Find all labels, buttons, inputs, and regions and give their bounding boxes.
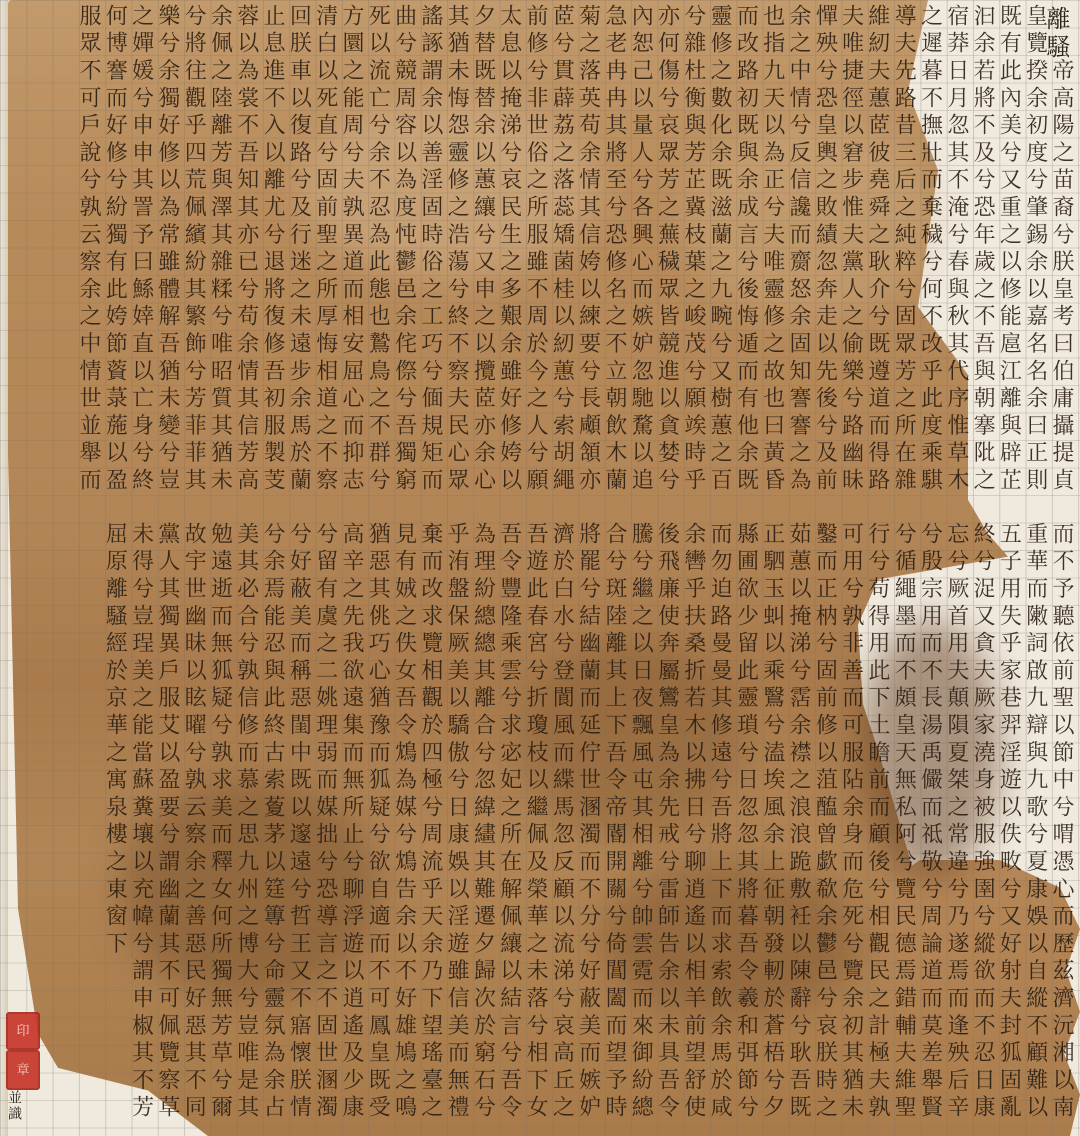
text-column: 蓉以為裳不吾知其亦已兮苟余情其信芳高余冠之岌岌兮長 (233, 4, 259, 490)
text-column: 內恕己以量人兮各興心而嫉妒忽馳騖以追逐兮非余心之所 (627, 4, 653, 490)
text-column: 既有此內美兮又重之以修能扈江離與辟芷兮紉秋蘭以為佩 (995, 4, 1021, 490)
text-column: 棄而改求覽相觀於四極兮周流乎天余乃下望瑤臺之偃蹇兮 (417, 522, 443, 1122)
text-column: 謠諑謂余以善淫固時俗之工巧兮偭規矩而改錯背繩墨以追 (417, 4, 443, 490)
text-column: 未得兮豈珵美之能當蘇糞壤以充幃兮謂申椒其不芳欲從靈 (127, 522, 153, 1122)
text-column: 屈原離騷經於京華之寓泉樓之東窗下 (101, 522, 127, 1122)
text-column: 而不予聽依前聖以節中兮喟憑心而歷茲濟沅湘以南征兮就 (1048, 522, 1074, 1122)
text-column: 兮留有虞之二姚理弱而媒拙兮恐導言之不固世溷濁而嫉賢 (311, 522, 337, 1122)
text-column: 維紉夫蕙茝彼堯舜之耿介兮既遵道而得路何桀紂之昌披兮 (864, 4, 890, 490)
text-column: 茝兮貫薜荔之落蕊矯菌桂以紉蕙兮索胡繩之纚纚謇吾法夫 (548, 4, 574, 490)
text-column: 兮好蔽美而稱惡閨中既以邃遠兮哲王又不寤懷朕情而不發 (285, 522, 311, 1122)
text-column: 而改路初既與余成言兮後悔遁而有他余既不難夫離別兮傷 (732, 4, 758, 490)
text-column: 猶惡其佻巧心猶豫而狐疑兮欲自適而不可鳳皇既受詒兮恐 (364, 522, 390, 1122)
text-column: 正駟玉虯以乘鷖兮溘埃風余上征朝發軔於蒼梧兮夕余至乎 (758, 522, 784, 1122)
text-column: 汩余若將不及兮恐年歲之不吾與朝搴阰之木蘭兮夕攬洲之 (969, 4, 995, 490)
text-column: 五子用失乎家巷羿淫遊以佚畋兮又好射夫封狐固亂流其鮮 (995, 522, 1021, 1122)
text-column: 帝高陽之苗裔兮朕皇考曰伯庸攝提貞於孟陬兮惟庚寅吾以降 (1048, 4, 1074, 490)
text-column: 靈修之數化余既滋蘭之九畹兮又樹蕙之百畝畦留夷與揭車 (706, 4, 732, 490)
red-seal-lower: 章 (6, 1050, 40, 1090)
text-column: 縣圃欲少留此靈瑣兮日忽忽其將暮吾令羲和弭節兮望崦嵫 (732, 522, 758, 1122)
text-column: 茹蕙以掩涕兮霑余襟之浪浪跪敷衽以陳辭兮耿吾既得此中 (785, 522, 811, 1122)
text-column: 為理紛總總其離合兮忽緯繣其難遷夕歸次於窮石兮朝濯髮 (469, 522, 495, 1122)
text-column: 急老冉冉其將至兮恐修名之不立朝飲木蘭之墜露兮夕餐秋 (601, 4, 627, 490)
text-column: 乎洧盤保厥美以驕傲兮日康娛以淫遊雖信美而無禮兮來違 (443, 522, 469, 1122)
text-column: 兮雜杜衡與芳芷冀枝葉之峻茂兮願竢時乎吾將刈雖萎絕其 (680, 4, 706, 490)
text-column: 何博謇而好修兮紛獨有此姱節薋菉葹以盈室兮判獨離而不 (101, 4, 127, 490)
text-column: 吾遊此春宮兮折瓊枝以繼佩及榮華之未落兮相下女之可詒 (522, 522, 548, 1122)
text-column: 之嬋媛兮申申其詈予曰鯀婞直以亡身兮終然殀乎羽之野汝 (127, 4, 153, 490)
text-column: 可用兮孰非善而可服阽余身而危死兮覽余初其猶未悔不量 (837, 522, 863, 1122)
text-column: 方圜之能周兮夫孰異道而相安屈心而抑志兮忍尤而攘詬伏 (338, 4, 364, 490)
text-column: 死以流亡兮余不忍為此態也鷙鳥之不群兮自前世而固然何 (364, 4, 390, 490)
text-column: 之遲暮不撫壯而棄穢兮何不改乎此度乘騏驥以馳騁兮來吾 (916, 4, 942, 490)
text-column: 而勿迫路曼曼其修遠兮吾將上下而求索飲余馬於咸池兮總 (706, 522, 732, 1122)
text-column: 夫唯捷徑以窘步惟夫黨人之偷樂兮路幽昧以險隘豈余身之 (837, 4, 863, 490)
text-column: 兮循繩墨而不頗皇天無私阿兮覽民德焉錯輔夫維聖哲以茂 (890, 522, 916, 1122)
text-column: 夕替既替余以蕙纕兮又申之以攬茝亦余心之所善兮雖九死 (469, 4, 495, 490)
text-block-upper: 帝高陽之苗裔兮朕皇考曰伯庸攝提貞於孟陬兮惟庚寅吾以降皇覽揆余初度兮肇錫余以嘉名名… (4, 4, 1074, 490)
text-column: 前修兮非世俗之所服雖不周於今之人兮願依彭咸之遺則長 (522, 4, 548, 490)
text-column: 曲兮競周容以為度忳鬱邑余侘傺兮吾獨窮困乎此時也寧溘 (390, 4, 416, 490)
text-column: 終兮浞又貪夫厥家澆身被服強圉兮縱欲而不忍日康娛而自 (969, 522, 995, 1122)
text-column: 見有娀之佚女吾令鴆為媒兮鴆告余以不好雄鳩之鳴逝兮余 (390, 522, 416, 1122)
text-block-lower: 而不予聽依前聖以節中兮喟憑心而歷茲濟沅湘以南征兮就重華而敶詞啟九辯與九歌兮夏康娛… (4, 522, 1074, 1122)
text-column: 將罷兮結幽蘭而延佇世溷濁而不分兮好蔽美而嫉妒朝吾將 (574, 522, 600, 1122)
text-column: 其猶未悔怨靈修之浩蕩兮終不察夫民心眾女嫉余之蛾眉兮 (443, 4, 469, 490)
text-column: 鑿而正枘兮固前修以菹醢曾歔欷余鬱邑兮哀朕時之不當攬 (811, 522, 837, 1122)
text-column: 合兮斑陸離其上下吾令帝閽開關兮倚閶闔而望予時曖曖其 (601, 522, 627, 1122)
text-column: 兮將往觀乎四荒佩繽紛其繁飾兮芳菲菲其彌章民生各有所 (180, 4, 206, 490)
text-column: 皇覽揆余初度兮肇錫余以嘉名名余曰正則兮字余曰靈均紛吾 (1021, 4, 1047, 490)
text-column: 騰兮繼之以日夜飄風屯其相離兮帥雲霓而來御紛總總其離 (627, 522, 653, 1122)
text-column: 太息以掩涕兮哀民生之多艱余雖好修姱以鞿羈兮謇朝誶而 (495, 4, 521, 490)
text-column: 亦何傷兮哀眾芳之蕪穢眾皆競進以貪婪兮憑不厭乎求索羌 (653, 4, 679, 490)
text-column: 余之中情兮反信讒而齌怒余固知謇謇之為患兮忍而不能舍 (785, 4, 811, 490)
colophon-signature: 並識 (4, 1090, 24, 1134)
text-column: 行兮苟得用此下土瞻前而顧後兮相觀民之計極夫孰非義而 (864, 522, 890, 1122)
text-column: 兮余焉能忍與此終古索藑茅以筳篿兮命靈氛為余占之曰兩 (259, 522, 285, 1122)
text-column: 兮殷宗用而不長湯禹儼而祗敬兮周論道而莫差舉賢而授能 (916, 522, 942, 1122)
text-column: 憚殃兮恐皇輿之敗績忽奔走以先後兮及前王之踵武荃不察 (811, 4, 837, 490)
text-column: 服眾不可戶說兮孰云察余之中情世並舉而好朋兮夫何煢獨 (75, 4, 101, 490)
text-column: 重華而敶詞啟九辯與九歌兮夏康娛以自縱不顧難以圖後兮 (1021, 522, 1047, 1122)
text-column: 回朕車以復路兮及行迷之未遠步余馬於蘭皋兮馳椒丘且焉 (285, 4, 311, 490)
text-column: 美其必合兮孰信修而慕之思九州之博大兮豈唯是其有女曰 (233, 522, 259, 1122)
text-column: 宿莽日月忽其不淹兮春與秋其代序惟草木之零落兮恐美人 (943, 4, 969, 490)
text-column: 黨人其獨異戶服艾以盈要兮謂幽蘭其不可佩覽察草木其猶 (154, 522, 180, 1122)
red-seal-upper: 印 (6, 1012, 40, 1050)
text-column: 導夫先路昔三后之純粹兮固眾芳之所在雜申椒與菌桂兮豈 (890, 4, 916, 490)
text-column: 余轡乎扶桑折若木以拂日兮聊逍遙以相羊前望舒使先驅兮 (680, 522, 706, 1122)
text-column: 樂兮余獨好修以為常雖體解吾猶未變兮豈余心之可懲女嬃 (154, 4, 180, 490)
text-column: 吾令豐隆乘雲兮求宓妃之所在解佩纕以結言兮吾令蹇脩以 (495, 522, 521, 1122)
text-column: 故宇世幽昧以眩曜兮孰云察余之善惡民好惡其不同兮惟此 (180, 522, 206, 1122)
manuscript-sheet: 離騷 帝高陽之苗裔兮朕皇考曰伯庸攝提貞於孟陬兮惟庚寅吾以降皇覽揆余初度兮肇錫余以… (0, 0, 1080, 1136)
text-column: 止息進不入以離尤兮退將復修吾初服製芰荷以為衣兮集芙 (259, 4, 285, 490)
text-column: 後飛廉使奔屬鸞皇為余先戒兮雷師告余以未具吾令鳳鳥飛 (653, 522, 679, 1122)
text-column: 也指九天以為正兮夫唯靈修之故也曰黃昏以為期兮羌中道 (758, 4, 784, 490)
text-column: 勉遠逝而無狐疑兮孰求美而釋女何所獨無芳草兮爾何懷乎 (206, 522, 232, 1122)
text-column: 清白以死直兮固前聖之所厚悔相道之不察兮延佇乎吾將反 (311, 4, 337, 490)
text-column: 忘兮厥首用夫顛隕夏桀之常違兮乃遂焉而逢殃后辛之菹醢 (943, 522, 969, 1122)
text-column: 菊之落英苟余情其信姱以練要兮長顑頷亦何傷擥木根以結 (574, 4, 600, 490)
text-column: 高辛之先我欲遠集而無所止兮聊浮遊以逍遙及少康之未家 (338, 522, 364, 1122)
text-column: 濟於白水兮登閬風而緤馬忽反顧以流涕兮哀高丘之無女溘 (548, 522, 574, 1122)
text-column: 余佩之陸離芳與澤其雜糅兮唯昭質其猶未虧忽反顧以遊目 (206, 4, 232, 490)
